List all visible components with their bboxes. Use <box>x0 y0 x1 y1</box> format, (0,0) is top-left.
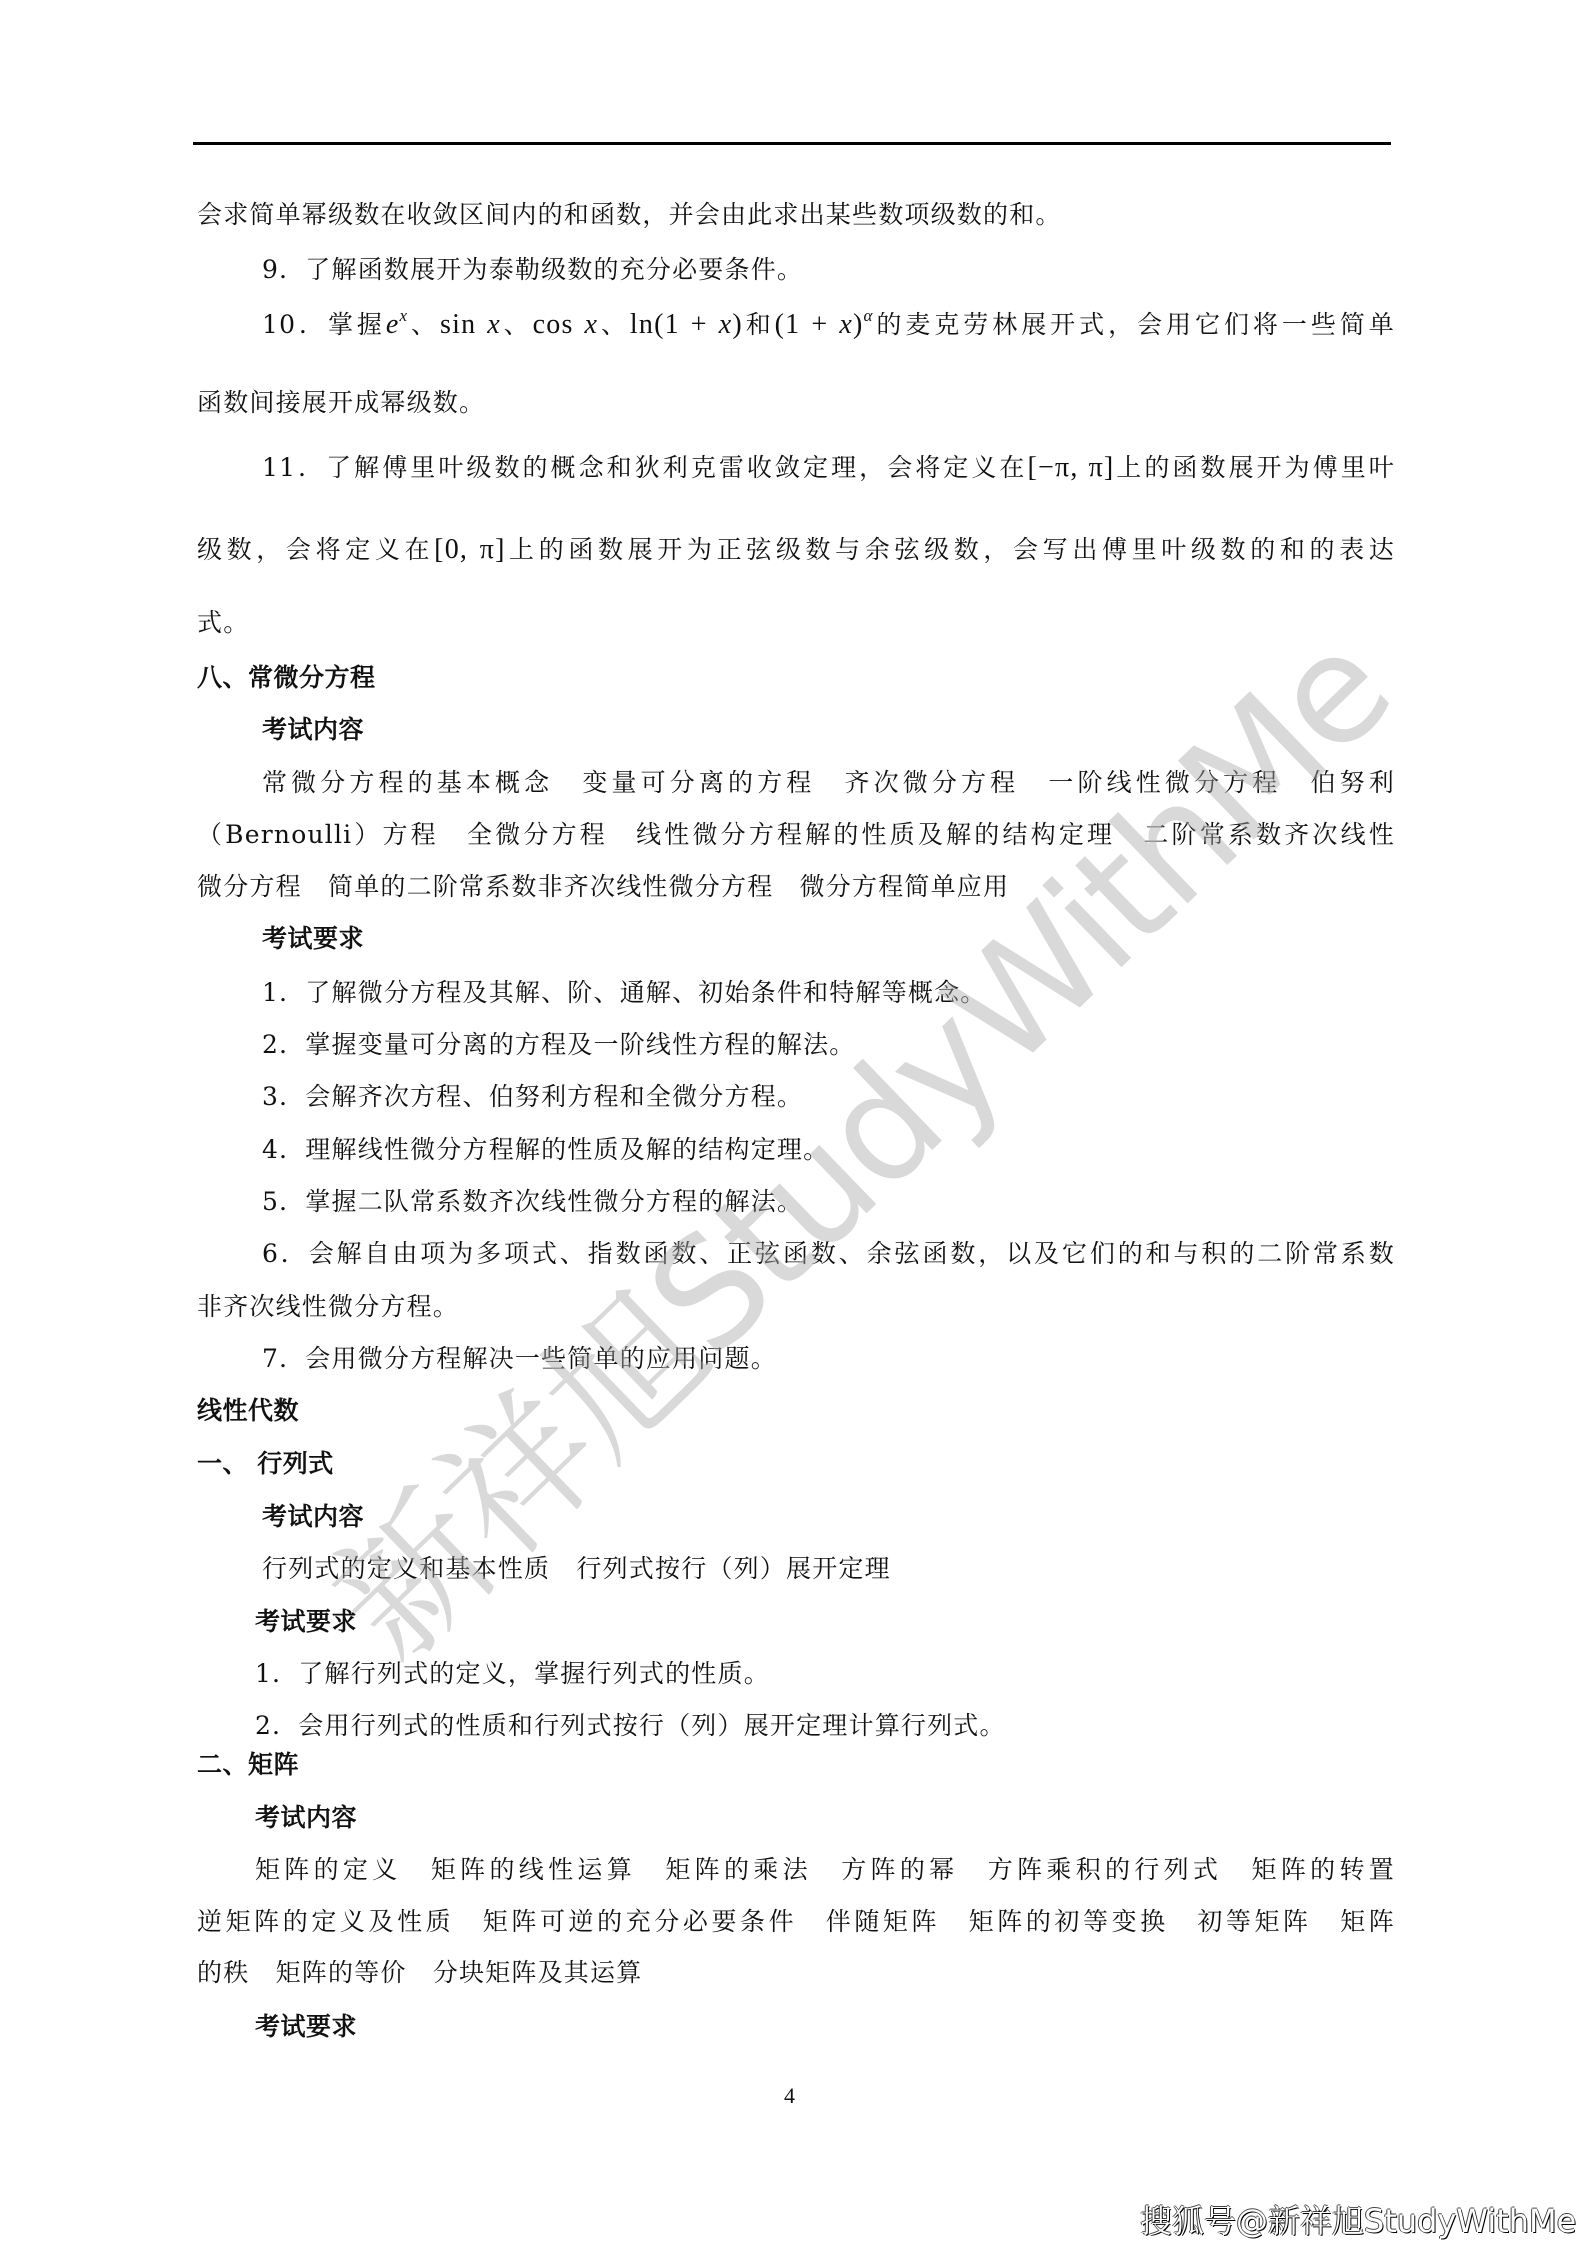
math-ln-1-plus-x: ln(1 + x) <box>630 309 743 340</box>
header-rule <box>193 142 1391 145</box>
content-line: 行列式的定义和基本性质 行列式按行（列）展开定理 <box>262 1554 1395 1584</box>
footer-watermark: 搜狐号@新祥旭StudyWithMe <box>1140 2196 1576 2242</box>
math-interval-0-pi: [0, π] <box>434 534 505 565</box>
sub-heading: 考试要求 <box>255 1607 1395 1637</box>
requirement-item-cont: 非齐次线性微分方程。 <box>197 1292 1395 1322</box>
requirement-item-10: 10．掌握ex、sin x、cos x、ln(1 + x)和(1 + x)α的麦… <box>262 310 1395 343</box>
requirement-item: 7．会用微分方程解决一些简单的应用问题。 <box>262 1344 1395 1374</box>
content-line: （Bernoulli）方程 全微分方程 线性微分方程解的性质及解的结构定理 二阶… <box>197 820 1395 850</box>
paragraph-line: 函数间接展开成幂级数。 <box>197 388 1395 418</box>
sub-heading: 考试要求 <box>255 2012 1395 2042</box>
sub-heading: 考试内容 <box>262 1502 1395 1532</box>
paragraph-line: 会求简单幂级数在收敛区间内的和函数，并会由此求出某些数项级数的和。 <box>197 200 1395 230</box>
sub-heading: 考试内容 <box>255 1803 1395 1833</box>
requirement-item: 5．掌握二队常系数齐次线性微分方程的解法。 <box>262 1187 1395 1217</box>
content-line: 微分方程 简单的二阶常系数非齐次线性微分方程 微分方程简单应用 <box>197 872 1395 902</box>
math-e-x: ex <box>386 309 408 340</box>
math-cos-x: cos x <box>533 309 599 340</box>
section-heading: 八、常微分方程 <box>197 663 1395 693</box>
part-heading: 线性代数 <box>197 1396 1395 1426</box>
requirement-item: 1．了解微分方程及其解、阶、通解、初始条件和特解等概念。 <box>262 978 1395 1008</box>
sub-heading: 考试内容 <box>262 715 1395 745</box>
math-1-plus-x-alpha: (1 + x)α <box>775 309 874 340</box>
requirement-item: 1．了解行列式的定义，掌握行列式的性质。 <box>255 1659 1395 1689</box>
math-sin-x: sin x <box>440 309 501 340</box>
math-interval-neg-pi-pi: [−π, π] <box>1027 452 1114 483</box>
requirement-item-9: 9．了解函数展开为泰勒级数的充分必要条件。 <box>262 255 1395 285</box>
requirement-item: 4．理解线性微分方程解的性质及解的结构定理。 <box>262 1135 1395 1165</box>
item10-prefix: 10．掌握 <box>262 310 386 339</box>
requirement-item-11: 11．了解傅里叶级数的概念和狄利克雷收敛定理，会将定义在[−π, π]上的函数展… <box>262 453 1395 483</box>
requirement-item: 6．会解自由项为多项式、指数函数、正弦函数、余弦函数，以及它们的和与积的二阶常系… <box>262 1239 1395 1269</box>
section-heading: 一、 行列式 <box>197 1449 1395 1479</box>
section-heading: 二、矩阵 <box>197 1750 1395 1780</box>
page-number: 4 <box>784 2083 795 2109</box>
requirement-item: 2．会用行列式的性质和行列式按行（列）展开定理计算行列式。 <box>255 1711 1395 1741</box>
requirement-item: 3．会解齐次方程、伯努利方程和全微分方程。 <box>262 1082 1395 1112</box>
paragraph-line: 级数，会将定义在[0, π]上的函数展开为正弦级数与余弦级数，会写出傅里叶级数的… <box>197 535 1395 565</box>
requirement-item: 2．掌握变量可分离的方程及一阶线性方程的解法。 <box>262 1030 1395 1060</box>
sub-heading: 考试要求 <box>262 924 1395 954</box>
paragraph-line: 式。 <box>197 608 1395 638</box>
content-line: 逆矩阵的定义及性质 矩阵可逆的充分必要条件 伴随矩阵 矩阵的初等变换 初等矩阵 … <box>197 1907 1395 1937</box>
content-line: 的秩 矩阵的等价 分块矩阵及其运算 <box>197 1958 1395 1988</box>
content-line: 矩阵的定义 矩阵的线性运算 矩阵的乘法 方阵的幂 方阵乘积的行列式 矩阵的转置 <box>255 1855 1395 1885</box>
content-line: 常微分方程的基本概念 变量可分离的方程 齐次微分方程 一阶线性微分方程 伯努利 <box>262 768 1395 798</box>
